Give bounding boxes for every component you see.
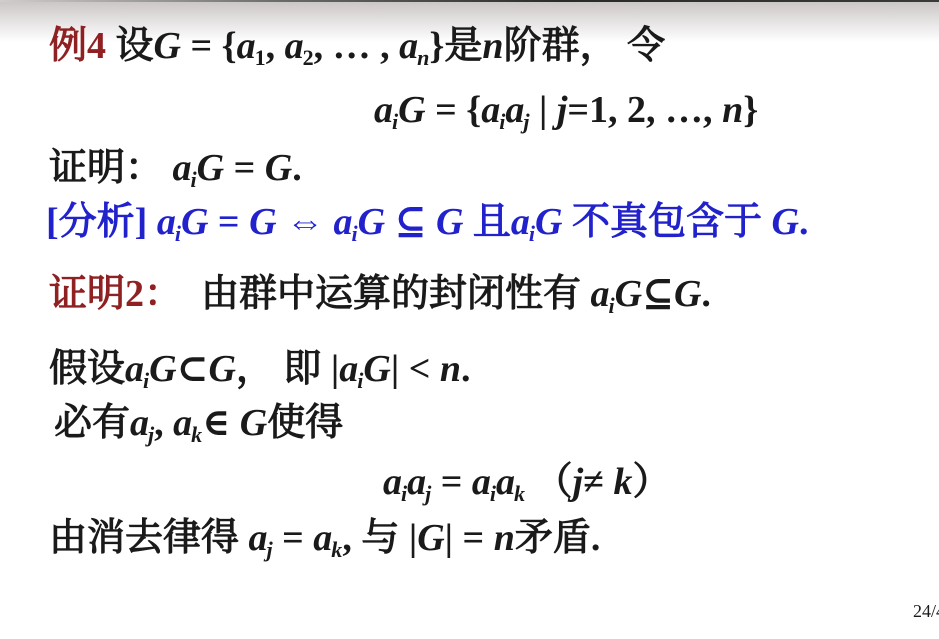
text-segment: = bbox=[431, 461, 472, 503]
text-segment: , bbox=[266, 25, 285, 67]
conclusion-line: 由消去律得 aj = ak, 与 |G| = n矛盾. bbox=[49, 514, 600, 574]
text-segment: , bbox=[342, 517, 361, 559]
text-segment: 不真包含于 bbox=[562, 201, 771, 243]
text-segment: = bbox=[224, 147, 265, 189]
text-segment: G bbox=[265, 147, 292, 189]
prove-statement-line: 证明： aiG = G. bbox=[49, 144, 302, 204]
text-segment: =1, 2, …, bbox=[567, 89, 722, 131]
text-segment: 矛盾 bbox=[515, 517, 591, 559]
text-segment: | < bbox=[391, 348, 440, 390]
text-segment: G bbox=[674, 273, 701, 315]
text-segment: } bbox=[743, 89, 758, 131]
text-segment: ， 即 bbox=[236, 348, 331, 390]
text-segment: a bbox=[399, 25, 418, 67]
text-segment: ） bbox=[632, 461, 670, 503]
text-segment: G bbox=[240, 402, 267, 444]
text-segment: G bbox=[772, 201, 799, 243]
text-segment: 设 bbox=[116, 25, 154, 67]
text-segment: ∈ bbox=[202, 402, 240, 444]
text-segment: . bbox=[591, 517, 601, 559]
slide: 例4 设G = {a1, a2, … , an}是n阶群， 令aiG = {ai… bbox=[0, 0, 939, 639]
text-segment: 证明： bbox=[49, 147, 173, 189]
text-segment: 与 bbox=[361, 517, 409, 559]
text-segment: = bbox=[273, 517, 314, 559]
text-segment: n bbox=[722, 89, 743, 131]
text-segment: ] bbox=[135, 201, 157, 243]
proof2-closure-line: 证明2： 由群中运算的封闭性有 aiG⊆G. bbox=[49, 270, 711, 330]
text-segment: a bbox=[407, 461, 426, 503]
text-segment: G bbox=[154, 25, 181, 67]
text-segment: | bbox=[529, 89, 556, 131]
text-segment: 且 bbox=[463, 201, 511, 243]
text-segment: 由群中运算的封闭性有 bbox=[192, 273, 591, 315]
text-segment: 2 bbox=[303, 45, 314, 70]
text-segment: n bbox=[494, 517, 515, 559]
text-segment: 必有 bbox=[54, 402, 130, 444]
text-segment: ⊆ bbox=[385, 201, 436, 243]
text-segment: a bbox=[511, 201, 530, 243]
text-segment: k bbox=[514, 481, 525, 506]
text-segment: = { bbox=[426, 89, 482, 131]
example-title-line: 例4 设G = {a1, a2, … , an}是n阶群， 令 bbox=[49, 22, 665, 82]
text-segment: a bbox=[173, 402, 192, 444]
text-segment: a bbox=[374, 89, 393, 131]
text-segment: a bbox=[249, 517, 268, 559]
text-segment: a bbox=[237, 25, 256, 67]
text-segment: ⊆ bbox=[642, 273, 674, 315]
text-segment: n bbox=[440, 348, 461, 390]
text-segment: 假设 bbox=[49, 348, 125, 390]
text-segment: ≠ bbox=[583, 461, 613, 503]
text-segment: a bbox=[339, 348, 358, 390]
assumption-line: 假设aiG⊂G， 即 |aiG| < n. bbox=[49, 345, 471, 405]
text-segment: a bbox=[157, 201, 176, 243]
text-segment: a bbox=[505, 89, 524, 131]
page-number: 24/4 bbox=[913, 601, 939, 622]
text-segment: G bbox=[149, 348, 176, 390]
text-segment: . bbox=[292, 147, 302, 189]
text-segment: ⊂ bbox=[177, 348, 209, 390]
text-segment: 是 bbox=[444, 25, 482, 67]
text-segment: a bbox=[496, 461, 515, 503]
text-segment: 1 bbox=[255, 45, 266, 70]
text-segment: G bbox=[436, 201, 463, 243]
text-segment: a bbox=[472, 461, 491, 503]
text-segment: k bbox=[191, 422, 202, 447]
text-segment: a bbox=[383, 461, 402, 503]
text-segment: n bbox=[417, 45, 429, 70]
text-segment: ⇔ bbox=[277, 201, 334, 243]
coset-definition-formula-line: aiG = {aiaj | j=1, 2, …, n} bbox=[374, 86, 758, 146]
text-segment: = bbox=[208, 201, 249, 243]
text-segment: a bbox=[481, 89, 500, 131]
text-segment: n bbox=[482, 25, 503, 67]
text-segment: . bbox=[701, 273, 711, 315]
text-segment: a bbox=[173, 147, 192, 189]
text-segment: = { bbox=[181, 25, 237, 67]
text-segment: a bbox=[334, 201, 353, 243]
text-segment: j bbox=[573, 461, 584, 503]
text-segment: G bbox=[197, 147, 224, 189]
text-segment: G bbox=[208, 348, 235, 390]
text-segment: a bbox=[130, 402, 149, 444]
text-segment: } bbox=[429, 25, 444, 67]
text-segment: G bbox=[181, 201, 208, 243]
text-segment: a bbox=[591, 273, 610, 315]
text-segment: G bbox=[363, 348, 390, 390]
text-segment: a bbox=[313, 517, 332, 559]
text-segment: | = bbox=[445, 517, 494, 559]
text-segment: [ bbox=[46, 201, 59, 243]
text-segment: 分析 bbox=[59, 201, 135, 243]
text-segment: j bbox=[557, 89, 568, 131]
text-segment: 使得 bbox=[267, 402, 343, 444]
text-segment: . bbox=[461, 348, 471, 390]
text-segment: G bbox=[398, 89, 425, 131]
text-segment: | bbox=[409, 517, 417, 559]
text-segment: 阶群， 令 bbox=[504, 25, 666, 67]
text-segment: a bbox=[125, 348, 144, 390]
text-segment: 由消去律得 bbox=[49, 517, 249, 559]
text-segment: . bbox=[799, 201, 809, 243]
analysis-line: [分析] aiG = G ⇔ aiG ⊆ G 且aiG 不真包含于 G. bbox=[46, 198, 808, 258]
text-segment: G bbox=[358, 201, 385, 243]
text-segment: 例4 bbox=[49, 25, 116, 67]
text-segment: , … , bbox=[314, 25, 400, 67]
text-segment: （ bbox=[525, 461, 573, 503]
exists-elements-line: 必有aj, ak∈ G使得 bbox=[54, 399, 343, 459]
text-segment: G bbox=[249, 201, 276, 243]
text-segment: 证明2： bbox=[49, 273, 192, 315]
text-segment: G bbox=[535, 201, 562, 243]
equation-line: aiaj = aiak （j≠ k） bbox=[383, 458, 671, 518]
text-segment: k bbox=[331, 537, 342, 562]
text-segment: k bbox=[613, 461, 632, 503]
text-segment: a bbox=[285, 25, 304, 67]
text-segment: G bbox=[417, 517, 444, 559]
text-segment: , bbox=[154, 402, 173, 444]
text-segment: G bbox=[615, 273, 642, 315]
